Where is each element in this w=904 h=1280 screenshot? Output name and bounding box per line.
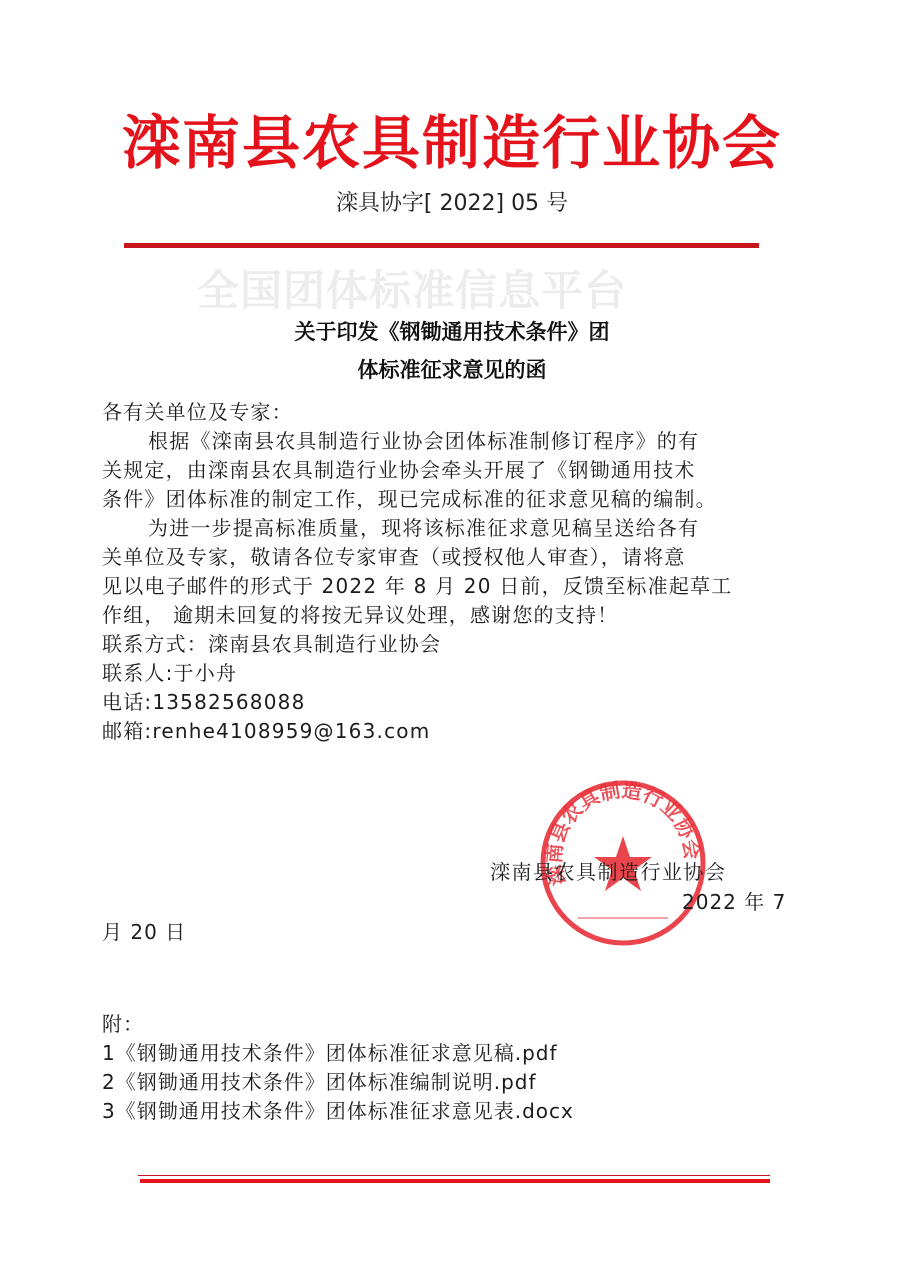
- body-line: 条件》团体标准的制定工作，现已完成标准的征求意见稿的编制。: [102, 485, 782, 514]
- attachments-label: 附：: [102, 1010, 574, 1039]
- attachments-list: 附： 1《钢锄通用技术条件》团体标准征求意见稿.pdf 2《钢锄通用技术条件》团…: [102, 1010, 574, 1126]
- footer-divider-thin: [138, 1175, 770, 1176]
- contact-person: 联系人:于小舟: [102, 659, 782, 688]
- contact-phone: 电话:13582568088: [102, 688, 782, 717]
- body-line: 见以电子邮件的形式于 2022 年 8 月 20 日前，反馈至标准起草工: [102, 572, 782, 601]
- footer-divider-thick: [140, 1179, 770, 1183]
- attachment-item: 1《钢锄通用技术条件》团体标准征求意见稿.pdf: [102, 1039, 574, 1068]
- body-line: 为进一步提高标准质量，现将该标准征求意见稿呈送给各有: [102, 514, 782, 543]
- attachment-item: 2《钢锄通用技术条件》团体标准编制说明.pdf: [102, 1068, 574, 1097]
- contact-method: 联系方式：滦南县农具制造行业协会: [102, 630, 782, 659]
- body-line: 作组， 逾期未回复的将按无异议处理，感谢您的支持！: [102, 601, 782, 630]
- subject-title-line-2: 体标准征求意见的函: [0, 354, 904, 384]
- watermark: 全国团体标准信息平台: [172, 258, 652, 318]
- organization-title: 滦南县农具制造行业协会: [0, 96, 904, 180]
- signature-date-day: 月 20 日: [102, 916, 186, 945]
- letter-body: 各有关单位及专家： 根据《滦南县农具制造行业协会团体标准制修订程序》的有 关规定…: [102, 398, 782, 746]
- subject-title-line-1: 关于印发《钢锄通用技术条件》团: [0, 316, 904, 346]
- header-divider: [124, 243, 759, 248]
- document-number: 滦具协字[ 2022] 05 号: [0, 186, 904, 217]
- body-line: 关规定，由滦南县农具制造行业协会牵头开展了《钢锄通用技术: [102, 456, 782, 485]
- contact-email: 邮箱:renhe4108959@163.com: [102, 717, 782, 746]
- body-line: 根据《滦南县农具制造行业协会团体标准制修订程序》的有: [102, 427, 782, 456]
- signature-organization: 滦南县农具制造行业协会: [490, 856, 727, 885]
- body-line: 关单位及专家，敬请各位专家审查（或授权他人审查），请将意: [102, 543, 782, 572]
- attachment-item: 3《钢锄通用技术条件》团体标准征求意见表.docx: [102, 1097, 574, 1126]
- salutation: 各有关单位及专家：: [102, 398, 782, 427]
- signature-date-year-month: 2022 年 7: [682, 886, 786, 915]
